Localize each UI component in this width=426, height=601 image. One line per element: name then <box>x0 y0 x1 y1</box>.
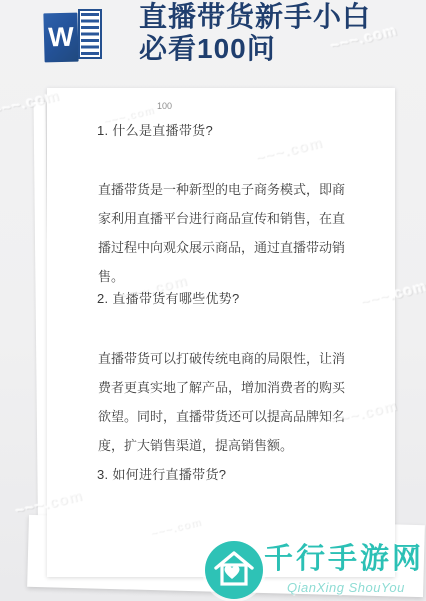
question-2: 2. 直播带货有哪些优势? <box>97 290 240 308</box>
word-w-panel: W <box>43 13 78 63</box>
document-page: 100 1. 什么是直播带货? 直播带货是一种新型的电子商务模式，即商 家利用直… <box>47 88 395 577</box>
answer-2: 直播带货可以打破传统电商的局限性，让消 费者更真实地了解产品，增加消费者的购买 … <box>98 344 354 460</box>
question-1: 1. 什么是直播带货? <box>97 122 213 140</box>
house-heart-icon <box>205 541 263 599</box>
doc-text-lines <box>81 13 99 55</box>
word-document-icon: W <box>40 8 106 68</box>
page-number: 100 <box>157 101 172 112</box>
answer-1: 直播带货是一种新型的电子商务模式，即商 家利用直播平台进行商品宣传和销售，在直 … <box>98 175 354 291</box>
site-name: 千行手游网 <box>264 543 424 575</box>
document-preview: W 直播带货新手小白 必看100问 100 1. 什么是直播带货? 直播带货是一… <box>0 0 426 601</box>
question-3: 3. 如何进行直播带货? <box>97 466 226 484</box>
document-title: 直播带货新手小白 必看100问 <box>139 1 371 65</box>
word-doc-sheet-icon <box>78 9 102 59</box>
site-logo-circle <box>205 541 263 599</box>
word-w-letter: W <box>48 24 74 52</box>
site-name-english: QianXing ShouYou <box>287 580 405 595</box>
